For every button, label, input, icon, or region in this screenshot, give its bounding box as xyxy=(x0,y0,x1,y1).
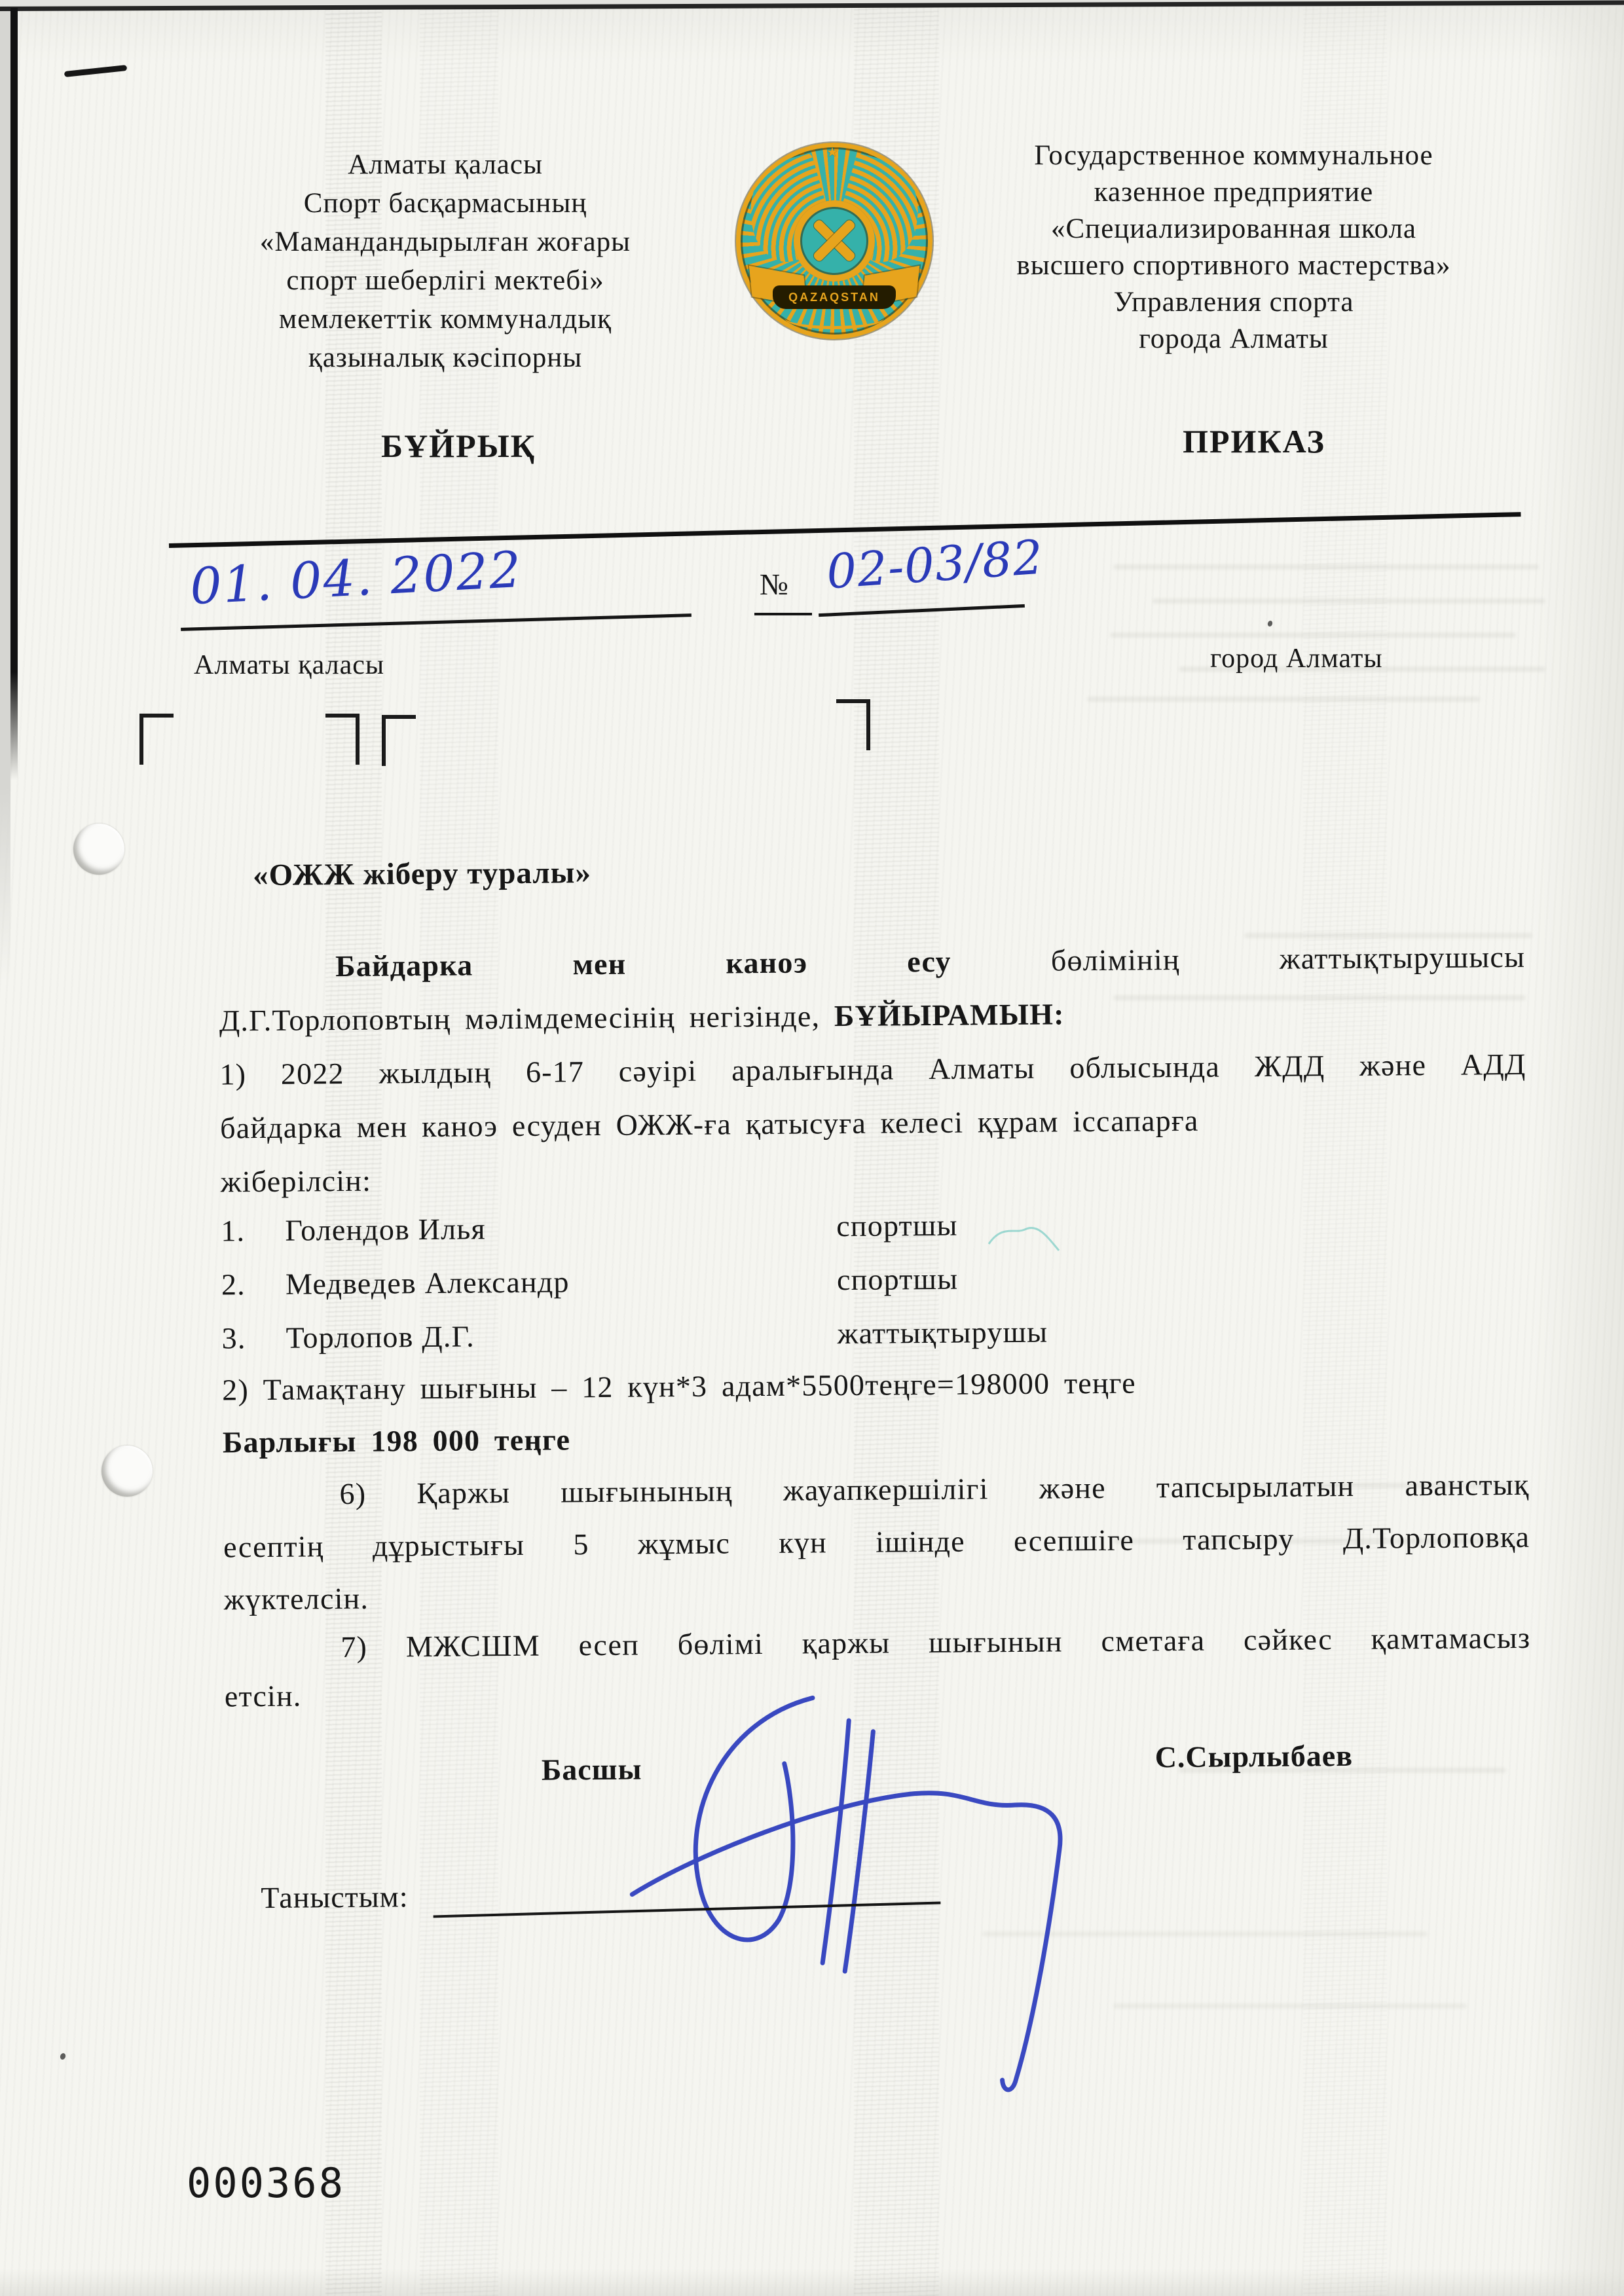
roster-row: 3. Торлопов Д.Г. жаттықтырушы xyxy=(221,1311,1528,1363)
roster-number: 2. xyxy=(221,1267,246,1302)
acquainted-label: Таныстым: xyxy=(261,1879,409,1915)
roster-name: Торлопов Д.Г. xyxy=(286,1319,475,1355)
order-subject: «ОЖЖ жіберу туралы» xyxy=(253,855,591,893)
body-text-bold: Байдарка мен каноэ есу xyxy=(335,945,951,983)
form-serial-number: 000368 xyxy=(187,2159,345,2207)
body-text: бөлімінің жаттықтырушысы xyxy=(1051,940,1526,977)
handwritten-signature xyxy=(597,1656,1124,2119)
body-line: есептің дұрыстығы 5 жұмыс күн ішінде есе… xyxy=(223,1520,1530,1565)
body-line: 2) Тамақтану шығыны – 12 күн*3 адам*5500… xyxy=(222,1362,1528,1408)
body-line: 1) 2022 жылдың 6-17 сәуірі аралығында Ал… xyxy=(219,1047,1526,1092)
body-line: Байдарка мен каноэ есу бөлімінің жаттықт… xyxy=(219,939,1525,985)
roster-row: 2. Медведев Александр спортшы xyxy=(221,1257,1528,1309)
roster-role: жаттықтырушы xyxy=(837,1315,1048,1351)
body-line: Д.Г.Торлоповтың мәлімдемесінің негізінде… xyxy=(219,993,1526,1038)
pen-squiggle-artifact xyxy=(986,1218,1064,1257)
body-line: жүктелсін. xyxy=(224,1572,1530,1617)
body-text-bold: БҰЙЫРАМЫН: xyxy=(834,997,1065,1032)
roster-name: Медведев Александр xyxy=(286,1264,570,1301)
order-body: «ОЖЖ жіберу туралы» Байдарка мен каноэ е… xyxy=(0,0,1624,2296)
signer-name: С.Сырлыбаев xyxy=(1154,1738,1353,1774)
body-line: байдарка мен каноэ есуден ОЖЖ-ға қатысуғ… xyxy=(220,1101,1526,1146)
roster-number: 1. xyxy=(221,1213,245,1248)
body-line: жіберілсін: xyxy=(221,1154,1527,1199)
roster-row: 1. Голендов Илья спортшы xyxy=(221,1203,1527,1256)
roster-number: 3. xyxy=(221,1321,246,1355)
roster-name: Голендов Илья xyxy=(285,1211,486,1247)
body-line: 6) Қаржы шығынының жауапкершілігі және т… xyxy=(223,1467,1529,1512)
roster-role: спортшы xyxy=(836,1208,958,1243)
roster-role: спортшы xyxy=(837,1262,959,1297)
body-text: Д.Г.Торлоповтың мәлімдемесінің негізінде… xyxy=(219,999,835,1037)
body-line-total: Барлығы 198 000 теңге xyxy=(223,1415,1529,1460)
scanned-order-document: Алматы қаласы Спорт басқармасының «Маман… xyxy=(0,0,1624,2296)
